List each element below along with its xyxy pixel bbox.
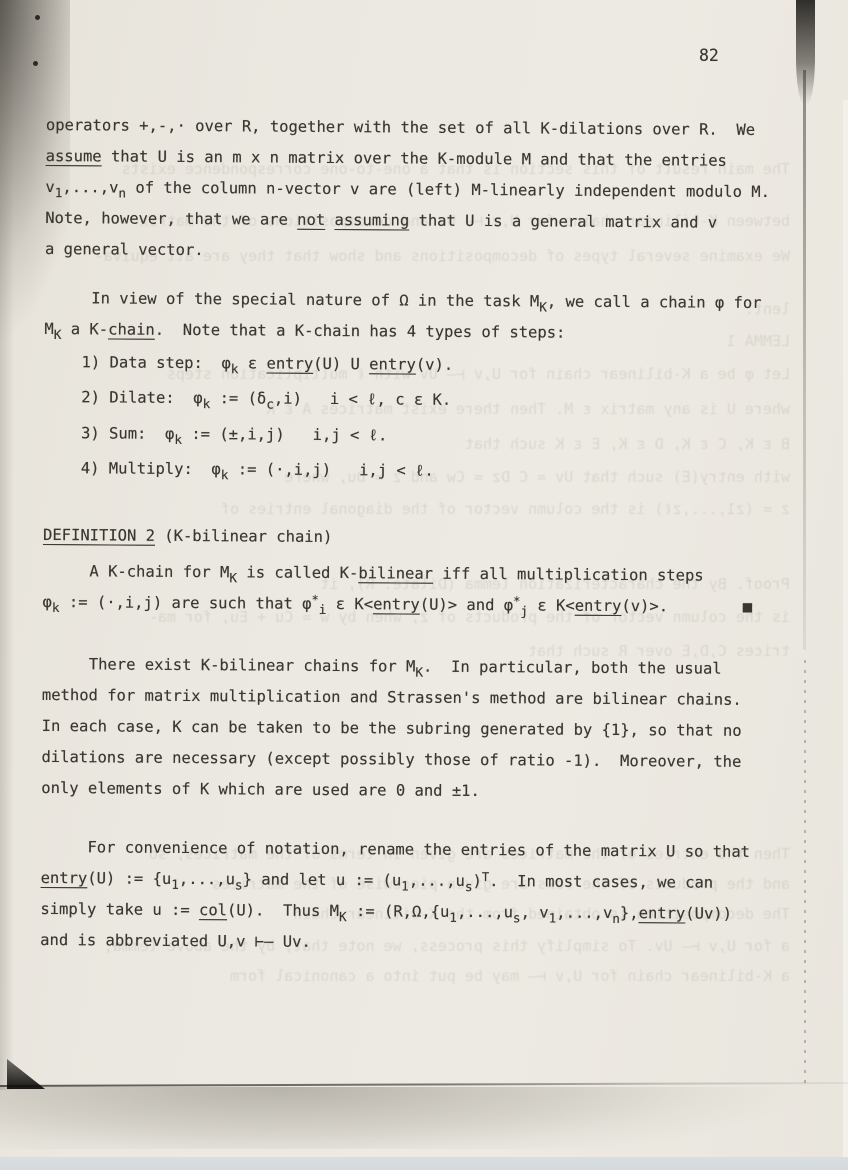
text-line: assume that U is an m x n matrix over th… bbox=[46, 141, 791, 177]
text-line: DEFINITION 2 (K-bilinear chain) bbox=[43, 520, 788, 556]
text-line: φk := (·,i,j) are such that φ*i ε K<entr… bbox=[42, 587, 787, 623]
list-item-3: 3) Sum: φk := (±,i,j) i,j < ℓ. bbox=[44, 418, 789, 454]
text-line: A K-chain for MK is called K-bilinear if… bbox=[43, 556, 788, 592]
text-line: only elements of K which are used are 0 … bbox=[41, 773, 786, 809]
text-line: For convenience of notation, rename the … bbox=[41, 832, 786, 868]
scanned-page: The main result of this section is that … bbox=[0, 0, 848, 1170]
text-line: v1,...,vn of the column n-vector v are (… bbox=[45, 172, 790, 208]
text-line: Note, however, that we are not assuming … bbox=[45, 203, 790, 239]
text-line: MK a K-chain. Note that a K-chain has 4 … bbox=[44, 314, 789, 350]
list-item-4: 4) Multiply: φk := (·,i,j) i,j < ℓ. bbox=[43, 453, 788, 489]
text-line: In each case, K can be taken to be the s… bbox=[42, 711, 787, 747]
paragraph-3: There exist K-bilinear chains for MK. In… bbox=[41, 649, 787, 809]
text-line: and is abbreviated U,v ⊢— Uv. bbox=[40, 925, 785, 961]
text-line: 4) Multiply: φk := (·,i,j) i,j < ℓ. bbox=[43, 453, 788, 489]
text-line: a general vector. bbox=[45, 234, 790, 270]
text-line: 2) Dilate: φk := (δc,i) i < ℓ, c ε K. bbox=[44, 382, 789, 418]
text-line: dilations are necessary (except possibly… bbox=[41, 742, 786, 778]
definition-2-body: A K-chain for MK is called K-bilinear if… bbox=[42, 556, 787, 623]
bleedthrough-line: a K-bilinear chain for U,v ⊢— may be put… bbox=[55, 967, 790, 985]
page-number: 82 bbox=[699, 46, 719, 65]
definition-2-heading: DEFINITION 2 (K-bilinear chain) bbox=[43, 520, 788, 556]
list-item-2: 2) Dilate: φk := (δc,i) i < ℓ, c ε K. bbox=[44, 382, 789, 418]
paragraph-4: For convenience of notation, rename the … bbox=[40, 832, 786, 961]
text-line: operators +,-,· over R, together with th… bbox=[46, 110, 791, 146]
text-line: 3) Sum: φk := (±,i,j) i,j < ℓ. bbox=[44, 418, 789, 454]
text-line: 1) Data step: φk ε entry(U) U entry(v). bbox=[44, 347, 789, 383]
text-line: In view of the special nature of Ω in th… bbox=[45, 283, 790, 319]
text-line: simply take u := col(U). Thus MK := (R,Ω… bbox=[40, 894, 785, 930]
text-line: entry(U) := {u1,...,us} and let u := (u1… bbox=[41, 863, 786, 899]
paragraph-2: In view of the special nature of Ω in th… bbox=[44, 283, 789, 350]
list-item-1: 1) Data step: φk ε entry(U) U entry(v). bbox=[44, 347, 789, 383]
paragraph-1: operators +,-,· over R, together with th… bbox=[45, 110, 791, 270]
text-area: operators +,-,· over R, together with th… bbox=[40, 110, 791, 961]
text-line: There exist K-bilinear chains for MK. In… bbox=[42, 649, 787, 685]
